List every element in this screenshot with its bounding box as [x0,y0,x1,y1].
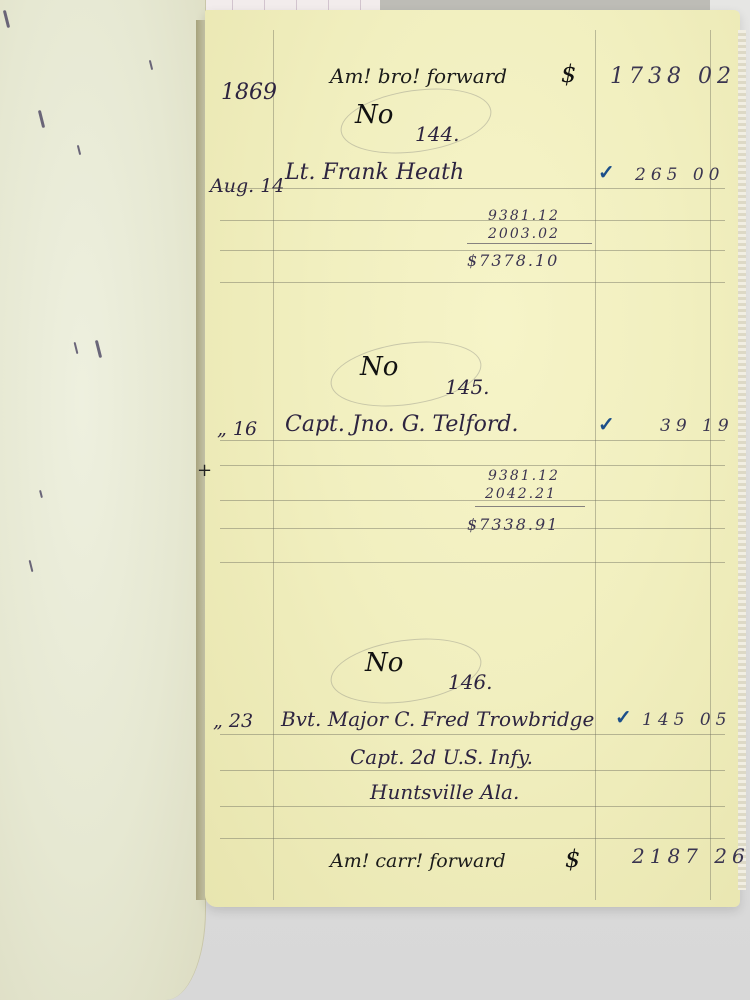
ink-bleed-mark [95,340,102,358]
calc-line: 2003.02 [488,226,560,242]
entry-date: „ 23 [213,710,253,732]
brought-forward-label: Am! bro! forward [330,64,507,88]
ink-bleed-mark [149,60,153,70]
entry-number-label: No [365,648,403,678]
ink-bleed-mark [3,10,10,28]
entry-payee: Bvt. Major C. Fred Trowbridge [281,707,594,731]
carried-forward-amount: 2187 26 [632,844,750,868]
ruled-line [220,188,725,189]
brought-forward-amount: 1738 02 [610,64,736,89]
ink-bleed-mark [38,110,45,128]
carried-forward-label: Am! carr! forward [330,850,506,872]
entry-number-label: No [360,352,398,382]
dollar-sign: $ [561,60,576,88]
entry-number-label: No [355,100,393,130]
ruled-line [220,770,725,771]
check-mark: ✓ [598,160,615,184]
ruled-line [220,734,725,735]
calc-total: $7338.91 [467,515,559,534]
entry-number: 145. [445,375,490,399]
margin-cross-mark: + [197,460,212,481]
calc-line: 9381.12 [488,208,560,224]
ink-bleed-mark [39,490,43,498]
check-mark: ✓ [598,412,615,436]
entry-date: Aug. 14 [210,175,284,197]
number-flourish [326,333,485,416]
calc-underline [467,243,592,244]
ink-bleed-mark [77,145,81,155]
ruled-line [220,838,725,839]
entry-number: 146. [448,670,493,694]
entry-number: 144. [415,122,460,146]
calc-line: 9381.12 [488,468,560,484]
ruled-line [220,562,725,563]
entry-payee: Capt. Jno. G. Telford. [285,412,518,437]
ruled-line [220,220,725,221]
ruled-line [220,440,725,441]
entry-amount: 145 05 [642,710,731,730]
ink-bleed-mark [29,560,34,572]
ruled-line [220,528,725,529]
page-edge [738,30,746,890]
ink-bleed-mark [74,342,79,354]
dollar-sign: $ [565,845,580,873]
entry-amount: 265 00 [635,165,724,185]
ruled-line [220,806,725,807]
entry-payee: Lt. Frank Heath [285,160,464,185]
entry-payee-line3: Huntsville Ala. [370,780,519,804]
calc-total: $7378.10 [467,251,559,270]
entry-amount: 39 19 [660,416,734,436]
calc-underline [475,506,585,507]
left-page [0,0,206,1000]
entry-date: „ 16 [217,418,257,440]
check-mark: ✓ [615,705,632,729]
ruled-line [220,465,725,466]
ruled-line [220,500,725,501]
ledger-page: 1869 Am! bro! forward $ 1738 02 No 144. … [205,10,740,907]
ruled-line [220,282,725,283]
entry-payee-line2: Capt. 2d U.S. Infy. [350,745,533,769]
ledger-year: 1869 [221,80,277,105]
